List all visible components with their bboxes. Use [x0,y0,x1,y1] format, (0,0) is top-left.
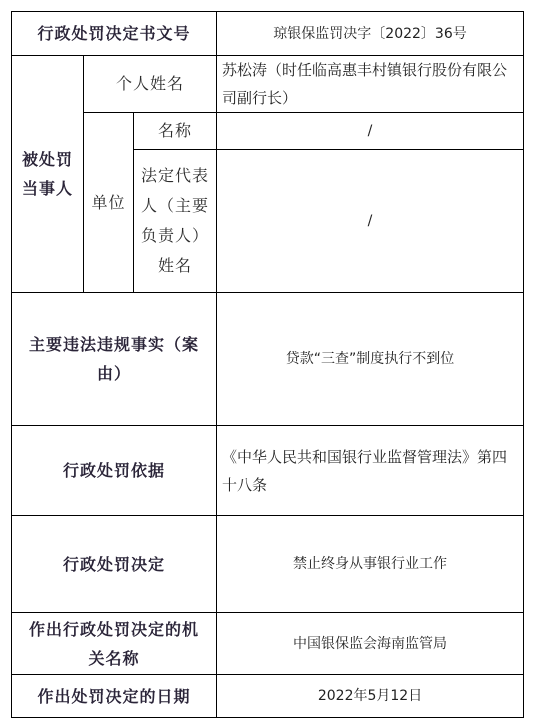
entity-name-value: / [217,113,524,150]
basis-label: 行政处罚依据 [12,426,217,516]
row-violation: 主要违法违规事实（案由） 贷款“三查”制度执行不到位 [12,293,524,426]
row-decision: 行政处罚决定 禁止终身从事银行业工作 [12,516,524,613]
doc-number-value: 琼银保监罚决字〔2022〕36号 [217,12,524,56]
individual-name-label: 个人姓名 [84,56,217,113]
penalty-table: 行政处罚决定书文号 琼银保监罚决字〔2022〕36号 被处罚当事人 个人姓名 苏… [11,11,524,718]
row-basis: 行政处罚依据 《中华人民共和国银行业监督管理法》第四十八条 [12,426,524,516]
row-doc-number: 行政处罚决定书文号 琼银保监罚决字〔2022〕36号 [12,12,524,56]
authority-value: 中国银保监会海南监管局 [217,613,524,675]
basis-value: 《中华人民共和国银行业监督管理法》第四十八条 [217,426,524,516]
entity-name-label: 名称 [134,113,217,150]
date-label: 作出处罚决定的日期 [12,675,217,718]
row-entity-name: 单位 名称 / [12,113,524,150]
party-label: 被处罚当事人 [12,56,84,293]
legal-rep-value: / [217,150,524,293]
entity-label: 单位 [84,113,134,293]
individual-name-value: 苏松涛（时任临高惠丰村镇银行股份有限公司副行长） [217,56,524,113]
doc-number-label: 行政处罚决定书文号 [12,12,217,56]
legal-rep-label: 法定代表人（主要负责人）姓名 [134,150,217,293]
authority-label: 作出行政处罚决定的机关名称 [12,613,217,675]
violation-label: 主要违法违规事实（案由） [12,293,217,426]
date-value: 2022年5月12日 [217,675,524,718]
row-individual: 被处罚当事人 个人姓名 苏松涛（时任临高惠丰村镇银行股份有限公司副行长） [12,56,524,113]
decision-label: 行政处罚决定 [12,516,217,613]
row-authority: 作出行政处罚决定的机关名称 中国银保监会海南监管局 [12,613,524,675]
violation-value: 贷款“三查”制度执行不到位 [217,293,524,426]
row-date: 作出处罚决定的日期 2022年5月12日 [12,675,524,718]
decision-value: 禁止终身从事银行业工作 [217,516,524,613]
